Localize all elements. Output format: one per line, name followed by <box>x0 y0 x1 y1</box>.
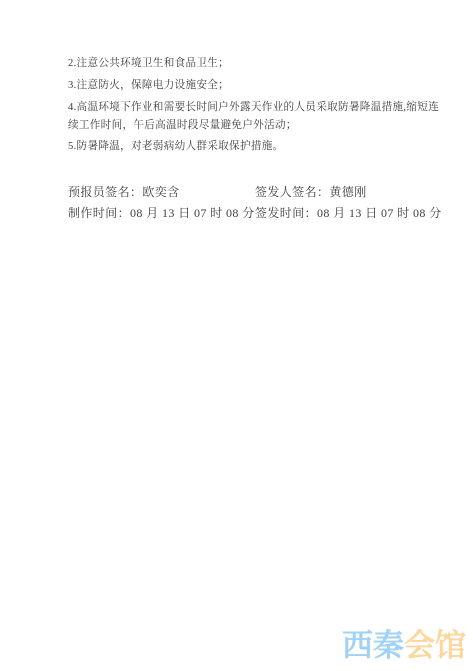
forecast-advice-line: 2.注意公共环境卫生和食品卫生； <box>68 57 229 70</box>
forecast-advice-line: 5.防暑降温，对老弱病幼人群采取保护措施。 <box>68 140 284 153</box>
issuer-signature: 签发人签名：黄德刚 <box>255 185 367 199</box>
issue-time: 签发时间：08 月 13 日 07 时 08 分 <box>255 206 442 220</box>
made-time: 制作时间：08 月 13 日 07 时 08 分 <box>68 206 255 220</box>
forecast-advice-line: 3.注意防火，保障电力设施安全； <box>68 79 229 92</box>
watermark-part2: 会馆 <box>404 628 466 663</box>
watermark-part1: 西秦 <box>342 628 404 663</box>
forecaster-signature: 预报员签名：欧奕含 <box>68 185 180 199</box>
document-page: 2.注意公共环境卫生和食品卫生； 3.注意防火，保障电力设施安全； 4.高温环境… <box>0 0 473 671</box>
forecast-advice-line: 4.高温环境下作业和需要长时间户外露天作业的人员采取防暑降温措施,缩短连 <box>68 101 439 114</box>
forecast-advice-line: 续工作时间，午后高温时段尽量避免户外活动； <box>68 119 297 132</box>
watermark-logo: 西秦会馆 <box>342 629 466 663</box>
